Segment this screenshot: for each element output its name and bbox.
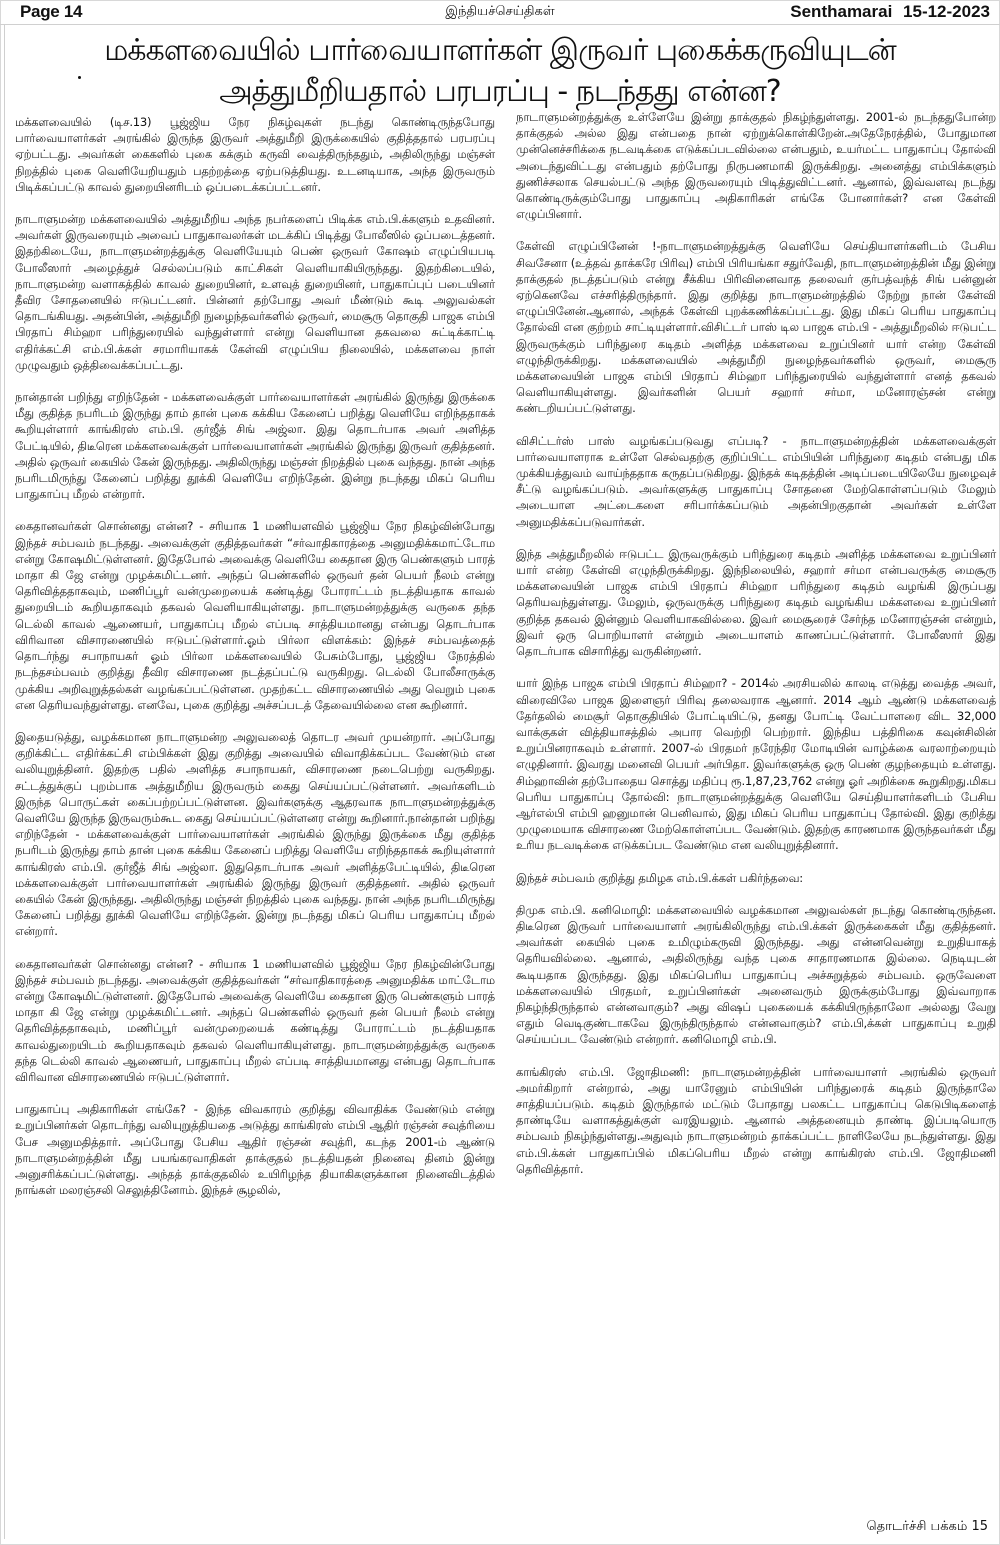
- paragraph: கேள்வி எழுப்பினேன் !-நாடாளுமன்றத்துக்கு …: [516, 238, 996, 416]
- masthead: Page 14 இந்தியச்செய்திகள் Senthamarai 15…: [0, 0, 1000, 25]
- paragraph: கைதானவர்கள் சொன்னது என்ன? - சரியாக 1 மணி…: [15, 956, 495, 1086]
- paragraph: நாடாளுமன்றத்துக்கு உள்ளேயே இன்று தாக்குத…: [516, 109, 996, 222]
- paragraph: இந்த அத்துமீறலில் ஈடுபட்ட இருவருக்கும் ப…: [516, 546, 996, 659]
- paragraph: காங்கிரஸ் எம்.பி. ஜோதிமணி: நாடாளுமன்றத்த…: [516, 1064, 996, 1177]
- continued-on-page-note: தொடர்ச்சி பக்கம் 15: [867, 1519, 988, 1535]
- paragraph: யார் இந்த பாஜக எம்பி பிரதாப் சிம்ஹா? - 2…: [516, 675, 996, 853]
- article-column-left: மக்களவையில் (டிச.13) பூஜ்ஜிய நேர நிகழ்வு…: [15, 114, 495, 1214]
- paragraph: விசிட்டர்ஸ் பாஸ் வழங்கப்படுவது எப்படி? -…: [516, 433, 996, 530]
- headline-line-2: அத்துமீறியதால் பரபரப்பு - நடந்தது என்ன?: [219, 74, 780, 109]
- article-column-right: நாடாளுமன்றத்துக்கு உள்ளேயே இன்று தாக்குத…: [516, 109, 996, 1193]
- subheading: இந்தச் சம்பவம் குறித்து தமிழக எம்.பி.க்க…: [516, 870, 996, 886]
- paragraph: பாதுகாப்பு அதிகாரிகள் எங்கே? - இந்த விவக…: [15, 1101, 495, 1198]
- headline-line-1: மக்களவையில் பார்வையாளர்கள் இருவர் புகைக்…: [104, 33, 895, 68]
- paragraph: மக்களவையில் (டிச.13) பூஜ்ஜிய நேர நிகழ்வு…: [15, 114, 495, 195]
- left-margin-rule: [4, 24, 5, 1539]
- publication-date: Senthamarai 15-12-2023: [790, 2, 990, 22]
- paragraph: திமுக எம்.பி. கனிமொழி: மக்களவையில் வழக்க…: [516, 902, 996, 1048]
- paragraph: இதையடுத்து, வழக்கமான நாடாளுமன்ற அலுவலைத்…: [15, 729, 495, 940]
- paragraph: நான்தான் பறிந்து எறிந்தேன் - மக்களவைக்கு…: [15, 389, 495, 502]
- article-headline: மக்களவையில் பார்வையாளர்கள் இருவர் புகைக்…: [0, 30, 1000, 112]
- paragraph: நாடாளுமன்ற மக்களவையில் அத்துமீறிய அந்த ந…: [15, 211, 495, 373]
- paragraph: கைதானவர்கள் சொன்னது என்ன? - சரியாக 1 மணி…: [15, 518, 495, 712]
- stray-dot: [78, 76, 81, 79]
